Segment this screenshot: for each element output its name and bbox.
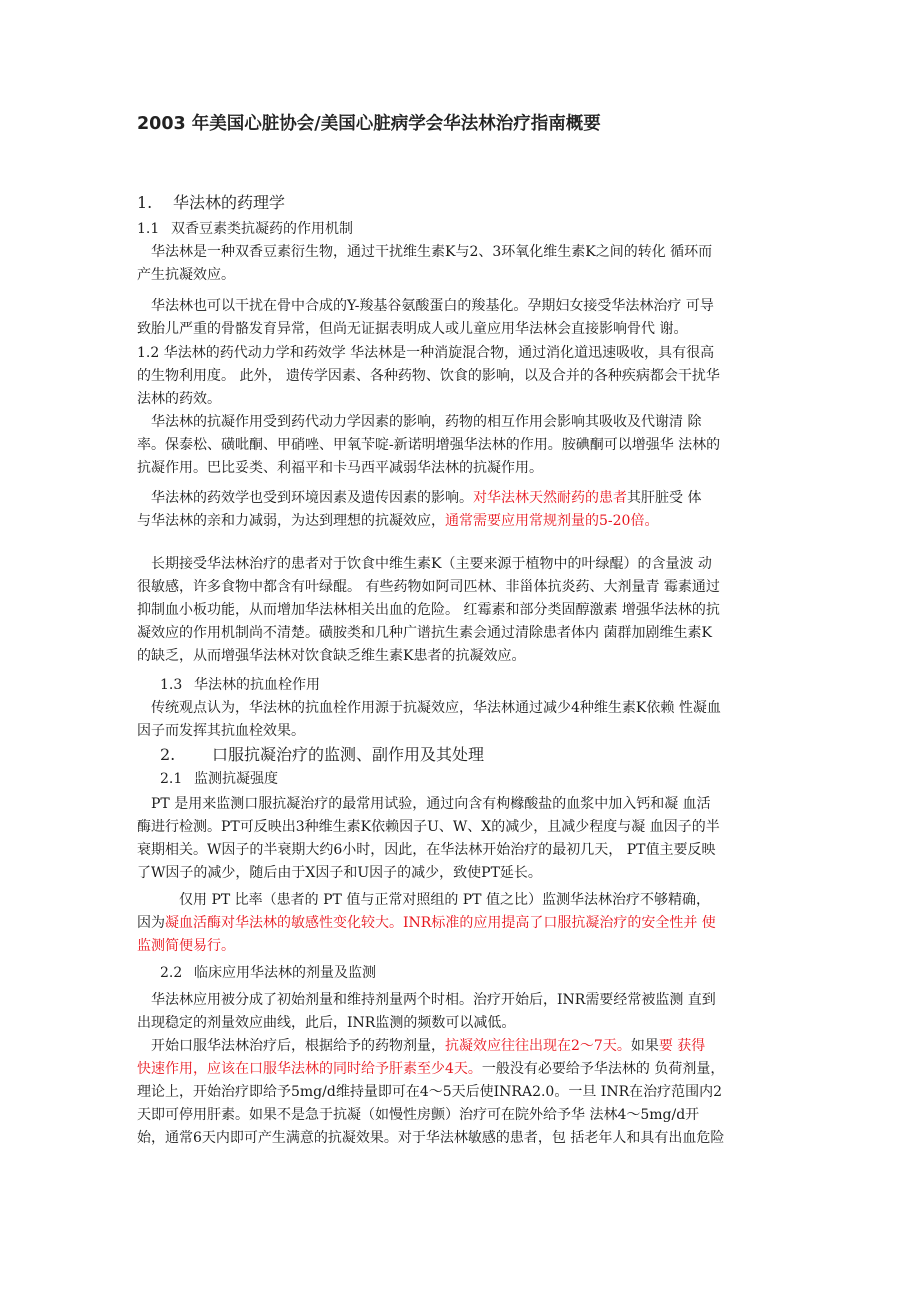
text-line: 华法林应用被分成了初始剂量和维持剂量两个时相。治疗开始后，INR需要经常被监测 … <box>137 989 792 1012</box>
text-line: 仅用 PT 比率（患者的 PT 值与正常对照组的 PT 值之比）监测华法林治疗不… <box>137 889 792 912</box>
section-number: 2.2 <box>160 965 194 981</box>
text-segment: 天即可停用肝素。如果不是急于抗凝（如慢性房颤）治疗可在院外给予华 法林4〜5mg… <box>137 1107 699 1123</box>
text-segment: 传统观点认为，华法林的抗血栓作用源于抗凝效应，华法林通过减少4种维生素K依赖 性… <box>137 700 721 716</box>
section-title: 临床应用华法林的剂量及监测 <box>194 965 376 981</box>
text-segment: 率。保泰松、磺吡酮、甲硝唑、甲氧苄啶-新诺明增强华法林的作用。胺碘酮可以增强华 … <box>137 437 720 453</box>
text-line: 天即可停用肝素。如果不是急于抗凝（如慢性房颤）治疗可在院外给予华 法林4〜5mg… <box>137 1104 792 1127</box>
section-title: 口服抗凝治疗的监测、副作用及其处理 <box>212 745 484 764</box>
section-heading-1-1: 1.1双香豆素类抗凝药的作用机制 <box>137 218 353 238</box>
text-segment: 华法林是一种双香豆素衍生物，通过干扰维生素K与2、3环氧化维生素K之间的转化 循… <box>137 244 712 260</box>
text-segment: 一般没有必要给予华法林的 负荷剂量， <box>482 1061 724 1077</box>
text-segment: 开始口服华法林治疗后，根据给予的药物剂量， <box>137 1038 445 1054</box>
text-segment: 华法林应用被分成了初始剂量和维持剂量两个时相。治疗开始后，INR需要经常被监测 … <box>137 992 716 1008</box>
text-segment: 致胎儿严重的骨骼发育异常，但尚无证据表明成人或儿童应用华法林会直接影响骨代 谢。 <box>137 321 687 337</box>
text-line: 与华法林的亲和力减弱，为达到理想的抗凝效应，通常需要应用常规剂量的5-20倍。 <box>137 510 792 533</box>
highlighted-text: 抗凝效应往往出现在2〜7天。 <box>445 1038 631 1054</box>
text-segment: 凝效应的作用机制尚不清楚。磺胺类和几种广谱抗生素会通过清除患者体内 菌群加剧维生… <box>137 625 712 641</box>
section-heading-2-2: 2.2临床应用华法林的剂量及监测 <box>160 962 376 982</box>
text-line: 抗凝作用。巴比妥类、利福平和卡马西平减弱华法林的抗凝作用。 <box>137 457 792 480</box>
text-segment: 酶进行检测。PT可反映出3种维生素K依赖因子U、W、X的减少，且减少程度与凝 血… <box>137 819 720 835</box>
text-segment: 很敏感，许多食物中都含有叶绿醌。 有些药物如阿司匹林、非甾体抗炎药、大剂量青 霉… <box>137 579 720 595</box>
text-segment: 抗凝作用。巴比妥类、利福平和卡马西平减弱华法林的抗凝作用。 <box>137 460 543 476</box>
highlighted-text: 监测简便易行。 <box>137 938 235 954</box>
text-segment: 的缺乏，从而增强华法林对饮食缺乏维生素K患者的抗凝效应。 <box>137 648 525 664</box>
section-title: 双香豆素类抗凝药的作用机制 <box>171 221 353 237</box>
text-segment: 仅用 PT 比率（患者的 PT 值与正常对照组的 PT 值之比）监测华法林治疗不… <box>137 892 710 908</box>
text-line: 凝效应的作用机制尚不清楚。磺胺类和几种广谱抗生素会通过清除患者体内 菌群加剧维生… <box>137 622 792 645</box>
text-line: 始，通常6天内即可产生满意的抗凝效果。对于华法林敏感的患者，包 括老年人和具有出… <box>137 1127 792 1150</box>
text-segment: 衰期相关。W因子的半衰期大约6小时，因此，在华法林开始治疗的最初几天， PT值主… <box>137 842 716 858</box>
text-segment: 理论上，开始治疗即给予5mg/d维持量即可在4〜5天后使INRA2.0。一旦 I… <box>137 1084 722 1100</box>
section-number: 1. <box>137 193 173 212</box>
text-line: 监测简便易行。 <box>137 935 792 958</box>
text-line: PT 是用来监测口服抗凝治疗的最常用试验，通过向含有枸橼酸盐的血浆中加入钙和凝 … <box>137 793 792 816</box>
section-number: 1.1 <box>137 221 171 237</box>
section-title: 华法林的药理学 <box>173 193 285 212</box>
section-number: 2. <box>160 745 212 764</box>
highlighted-text: 快速作用，应该在口服华法林的同时给予肝素至少4天。 <box>137 1061 482 1077</box>
text-line: 开始口服华法林治疗后，根据给予的药物剂量，抗凝效应往往出现在2〜7天。如果要 获… <box>137 1035 792 1058</box>
text-line: 华法林的抗凝作用受到药代动力学因素的影响，药物的相互作用会影响其吸收及代谢清 除 <box>137 411 792 434</box>
section-heading-2-1: 2.1监测抗凝强度 <box>160 768 278 788</box>
text-line: 很敏感，许多食物中都含有叶绿醌。 有些药物如阿司匹林、非甾体抗炎药、大剂量青 霉… <box>137 576 792 599</box>
text-segment: 产生抗凝效应。 <box>137 267 235 283</box>
text-segment: 了W因子的减少，随后由于X因子和U因子的减少，致使PT延长。 <box>137 865 542 881</box>
text-line: 因为凝血活酶对华法林的敏感性变化较大。INR标准的应用提高了口服抗凝治疗的安全性… <box>137 912 792 935</box>
highlighted-text: 凝血活酶对华法林的敏感性变化较大。INR标准的应用提高了口服抗凝治疗的安全性并 … <box>165 915 716 931</box>
highlighted-text: 通常需要应用常规剂量的5-20倍。 <box>445 513 658 529</box>
text-segment: 1.2 华法林的药代动力学和药效学 华法林是一种消旋混合物，通过消化道迅速吸收，… <box>137 345 714 361</box>
section-number: 1.3 <box>160 677 194 693</box>
document-title: 2003 年美国心脏协会/美国心脏病学会华法林治疗指南概要 <box>137 110 601 135</box>
text-line: 酶进行检测。PT可反映出3种维生素K依赖因子U、W、X的减少，且减少程度与凝 血… <box>137 816 792 839</box>
section-heading-1: 1.华法林的药理学 <box>137 190 285 213</box>
section-heading-1-3: 1.3华法林的抗血栓作用 <box>160 674 320 694</box>
text-line: 衰期相关。W因子的半衰期大约6小时，因此，在华法林开始治疗的最初几天， PT值主… <box>137 839 792 862</box>
text-line: 出现稳定的剂量效应曲线，此后，INR监测的频数可以减低。 <box>137 1012 792 1035</box>
text-line: 华法林也可以干扰在骨中合成的Y-羧基谷氨酸蛋白的羧基化。孕期妇女接受华法林治疗 … <box>137 295 792 318</box>
text-segment: 如果 <box>631 1038 659 1054</box>
text-line: 华法林的药效学也受到环境因素及遗传因素的影响。对华法林天然耐药的患者其肝脏受 体 <box>137 487 792 510</box>
text-line: 法林的药效。 <box>137 388 792 411</box>
text-segment: 因子而发挥其抗血栓效果。 <box>137 723 305 739</box>
document-page: 2003 年美国心脏协会/美国心脏病学会华法林治疗指南概要 1.华法林的药理学 … <box>0 0 920 1302</box>
section-heading-2: 2.口服抗凝治疗的监测、副作用及其处理 <box>160 742 484 765</box>
text-segment: 华法林的抗凝作用受到药代动力学因素的影响，药物的相互作用会影响其吸收及代谢清 除 <box>137 414 701 430</box>
text-segment: 抑制血小板功能，从而增加华法林相关出血的危险。 红霉素和部分类固醇激素 增强华法… <box>137 602 720 618</box>
section-title: 华法林的抗血栓作用 <box>194 677 320 693</box>
highlighted-text: 要 获得 <box>659 1038 705 1054</box>
text-segment: 的生物利用度。 此外， 遗传学因素、各种药物、饮食的影响，以及合并的各种疾病都会… <box>137 368 720 384</box>
text-segment: PT 是用来监测口服抗凝治疗的最常用试验，通过向含有枸橼酸盐的血浆中加入钙和凝 … <box>137 796 711 812</box>
text-line: 因子而发挥其抗血栓效果。 <box>137 720 792 743</box>
text-line: 华法林是一种双香豆素衍生物，通过干扰维生素K与2、3环氧化维生素K之间的转化 循… <box>137 241 792 264</box>
text-segment: 出现稳定的剂量效应曲线，此后，INR监测的频数可以减低。 <box>137 1015 515 1031</box>
text-segment: 始，通常6天内即可产生满意的抗凝效果。对于华法林敏感的患者，包 括老年人和具有出… <box>137 1130 724 1146</box>
text-line: 致胎儿严重的骨骼发育异常，但尚无证据表明成人或儿童应用华法林会直接影响骨代 谢。 <box>137 318 792 341</box>
text-line: 的生物利用度。 此外， 遗传学因素、各种药物、饮食的影响，以及合并的各种疾病都会… <box>137 365 792 388</box>
text-line: 长期接受华法林治疗的患者对于饮食中维生素K（主要来源于植物中的叶绿醌）的含量波 … <box>137 553 792 576</box>
text-line: 快速作用，应该在口服华法林的同时给予肝素至少4天。一般没有必要给予华法林的 负荷… <box>137 1058 792 1081</box>
text-segment: 法林的药效。 <box>137 391 221 407</box>
text-segment: 长期接受华法林治疗的患者对于饮食中维生素K（主要来源于植物中的叶绿醌）的含量波 … <box>137 556 712 572</box>
text-line: 率。保泰松、磺吡酮、甲硝唑、甲氧苄啶-新诺明增强华法林的作用。胺碘酮可以增强华 … <box>137 434 792 457</box>
section-title: 监测抗凝强度 <box>194 771 278 787</box>
text-segment: 其肝脏受 体 <box>627 490 701 506</box>
text-segment: 因为 <box>137 915 165 931</box>
text-segment: 华法林也可以干扰在骨中合成的Y-羧基谷氨酸蛋白的羧基化。孕期妇女接受华法林治疗 … <box>137 298 714 314</box>
text-segment: 与华法林的亲和力减弱，为达到理想的抗凝效应， <box>137 513 445 529</box>
text-line: 的缺乏，从而增强华法林对饮食缺乏维生素K患者的抗凝效应。 <box>137 645 792 668</box>
section-number: 2.1 <box>160 771 194 787</box>
text-line: 抑制血小板功能，从而增加华法林相关出血的危险。 红霉素和部分类固醇激素 增强华法… <box>137 599 792 622</box>
highlighted-text: 对华法林天然耐药的患者 <box>473 490 627 506</box>
text-line: 传统观点认为，华法林的抗血栓作用源于抗凝效应，华法林通过减少4种维生素K依赖 性… <box>137 697 792 720</box>
text-line: 1.2 华法林的药代动力学和药效学 华法林是一种消旋混合物，通过消化道迅速吸收，… <box>137 342 792 365</box>
text-line: 了W因子的减少，随后由于X因子和U因子的减少，致使PT延长。 <box>137 862 792 885</box>
text-segment: 华法林的药效学也受到环境因素及遗传因素的影响。 <box>137 490 473 506</box>
text-line: 产生抗凝效应。 <box>137 264 792 287</box>
text-line: 理论上，开始治疗即给予5mg/d维持量即可在4〜5天后使INRA2.0。一旦 I… <box>137 1081 792 1104</box>
